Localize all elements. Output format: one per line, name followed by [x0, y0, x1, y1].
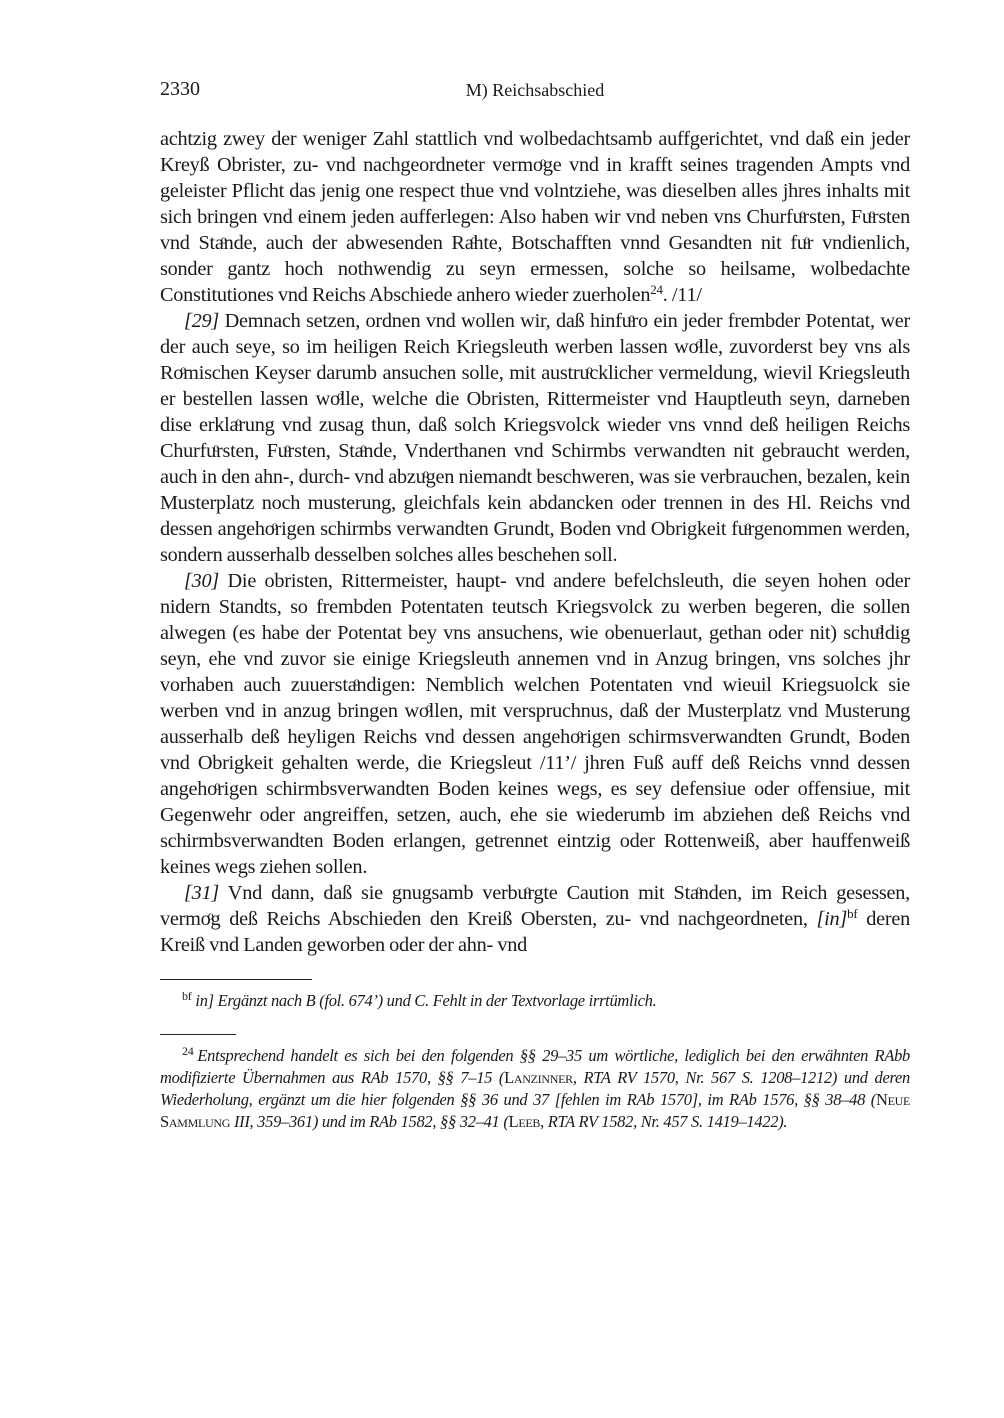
- paragraph-text: achtzig zwey der weniger Zahl stattlich …: [160, 128, 910, 306]
- apparatus-section: bfin] Ergänzt nach B (fol. 674’) und C. …: [160, 979, 910, 1012]
- paragraph-text: Demnach setzen, ordnen vnd wollen wir, d…: [160, 310, 910, 566]
- apparatus-note-bf: bfin] Ergänzt nach B (fol. 674’) und C. …: [160, 990, 910, 1012]
- body-text: achtzig zwey der weniger Zahl stattlich …: [160, 126, 910, 958]
- footnote-text: III, 359–361) und im RAb 1582, §§ 32–41 …: [230, 1112, 508, 1131]
- footnote-24: 24Entsprechend handelt es sich bei den f…: [160, 1045, 910, 1133]
- paragraph-29: [29] Demnach setzen, ordnen vnd wollen w…: [160, 308, 910, 568]
- footnote-divider: [160, 979, 312, 980]
- paragraph-text: Die obristen, Rittermeister, haupt- vnd …: [160, 570, 910, 878]
- paragraph-number: [31]: [184, 882, 219, 904]
- apparatus-mark: bf: [182, 989, 191, 1003]
- emendation: [in]: [817, 908, 848, 930]
- paragraph-number: [29]: [184, 310, 219, 332]
- footnote-mark: 24: [182, 1044, 193, 1058]
- folio-marker: . /11/: [663, 284, 702, 306]
- apparatus-ref-bf[interactable]: bf: [847, 906, 857, 921]
- author-name: Lanzinner: [504, 1068, 573, 1087]
- author-name: Leeb: [509, 1112, 541, 1131]
- footnote-text: , RTA RV 1582, Nr. 457 S. 1419–1422).: [540, 1112, 787, 1131]
- paragraph-30: [30] Die obristen, Rittermeister, haupt-…: [160, 568, 910, 880]
- section-title: M) Reichsabschied: [160, 80, 910, 101]
- paragraph-text: Vnd dann, daß sie gnugsamb verbuͦrgte Ca…: [160, 882, 910, 930]
- running-head: 2330 M) Reichsabschied: [160, 78, 910, 108]
- paragraph-31: [31] Vnd dann, daß sie gnugsamb verbuͦrg…: [160, 880, 910, 958]
- paragraph-number: [30]: [184, 570, 219, 592]
- apparatus-text: in] Ergänzt nach B (fol. 674’) und C. Fe…: [195, 991, 656, 1010]
- footnote-ref-24[interactable]: 24: [650, 282, 663, 297]
- page: 2330 M) Reichsabschied achtzig zwey der …: [160, 78, 910, 1133]
- footnote-divider: [160, 1034, 236, 1035]
- paragraph-continuation: achtzig zwey der weniger Zahl stattlich …: [160, 126, 910, 308]
